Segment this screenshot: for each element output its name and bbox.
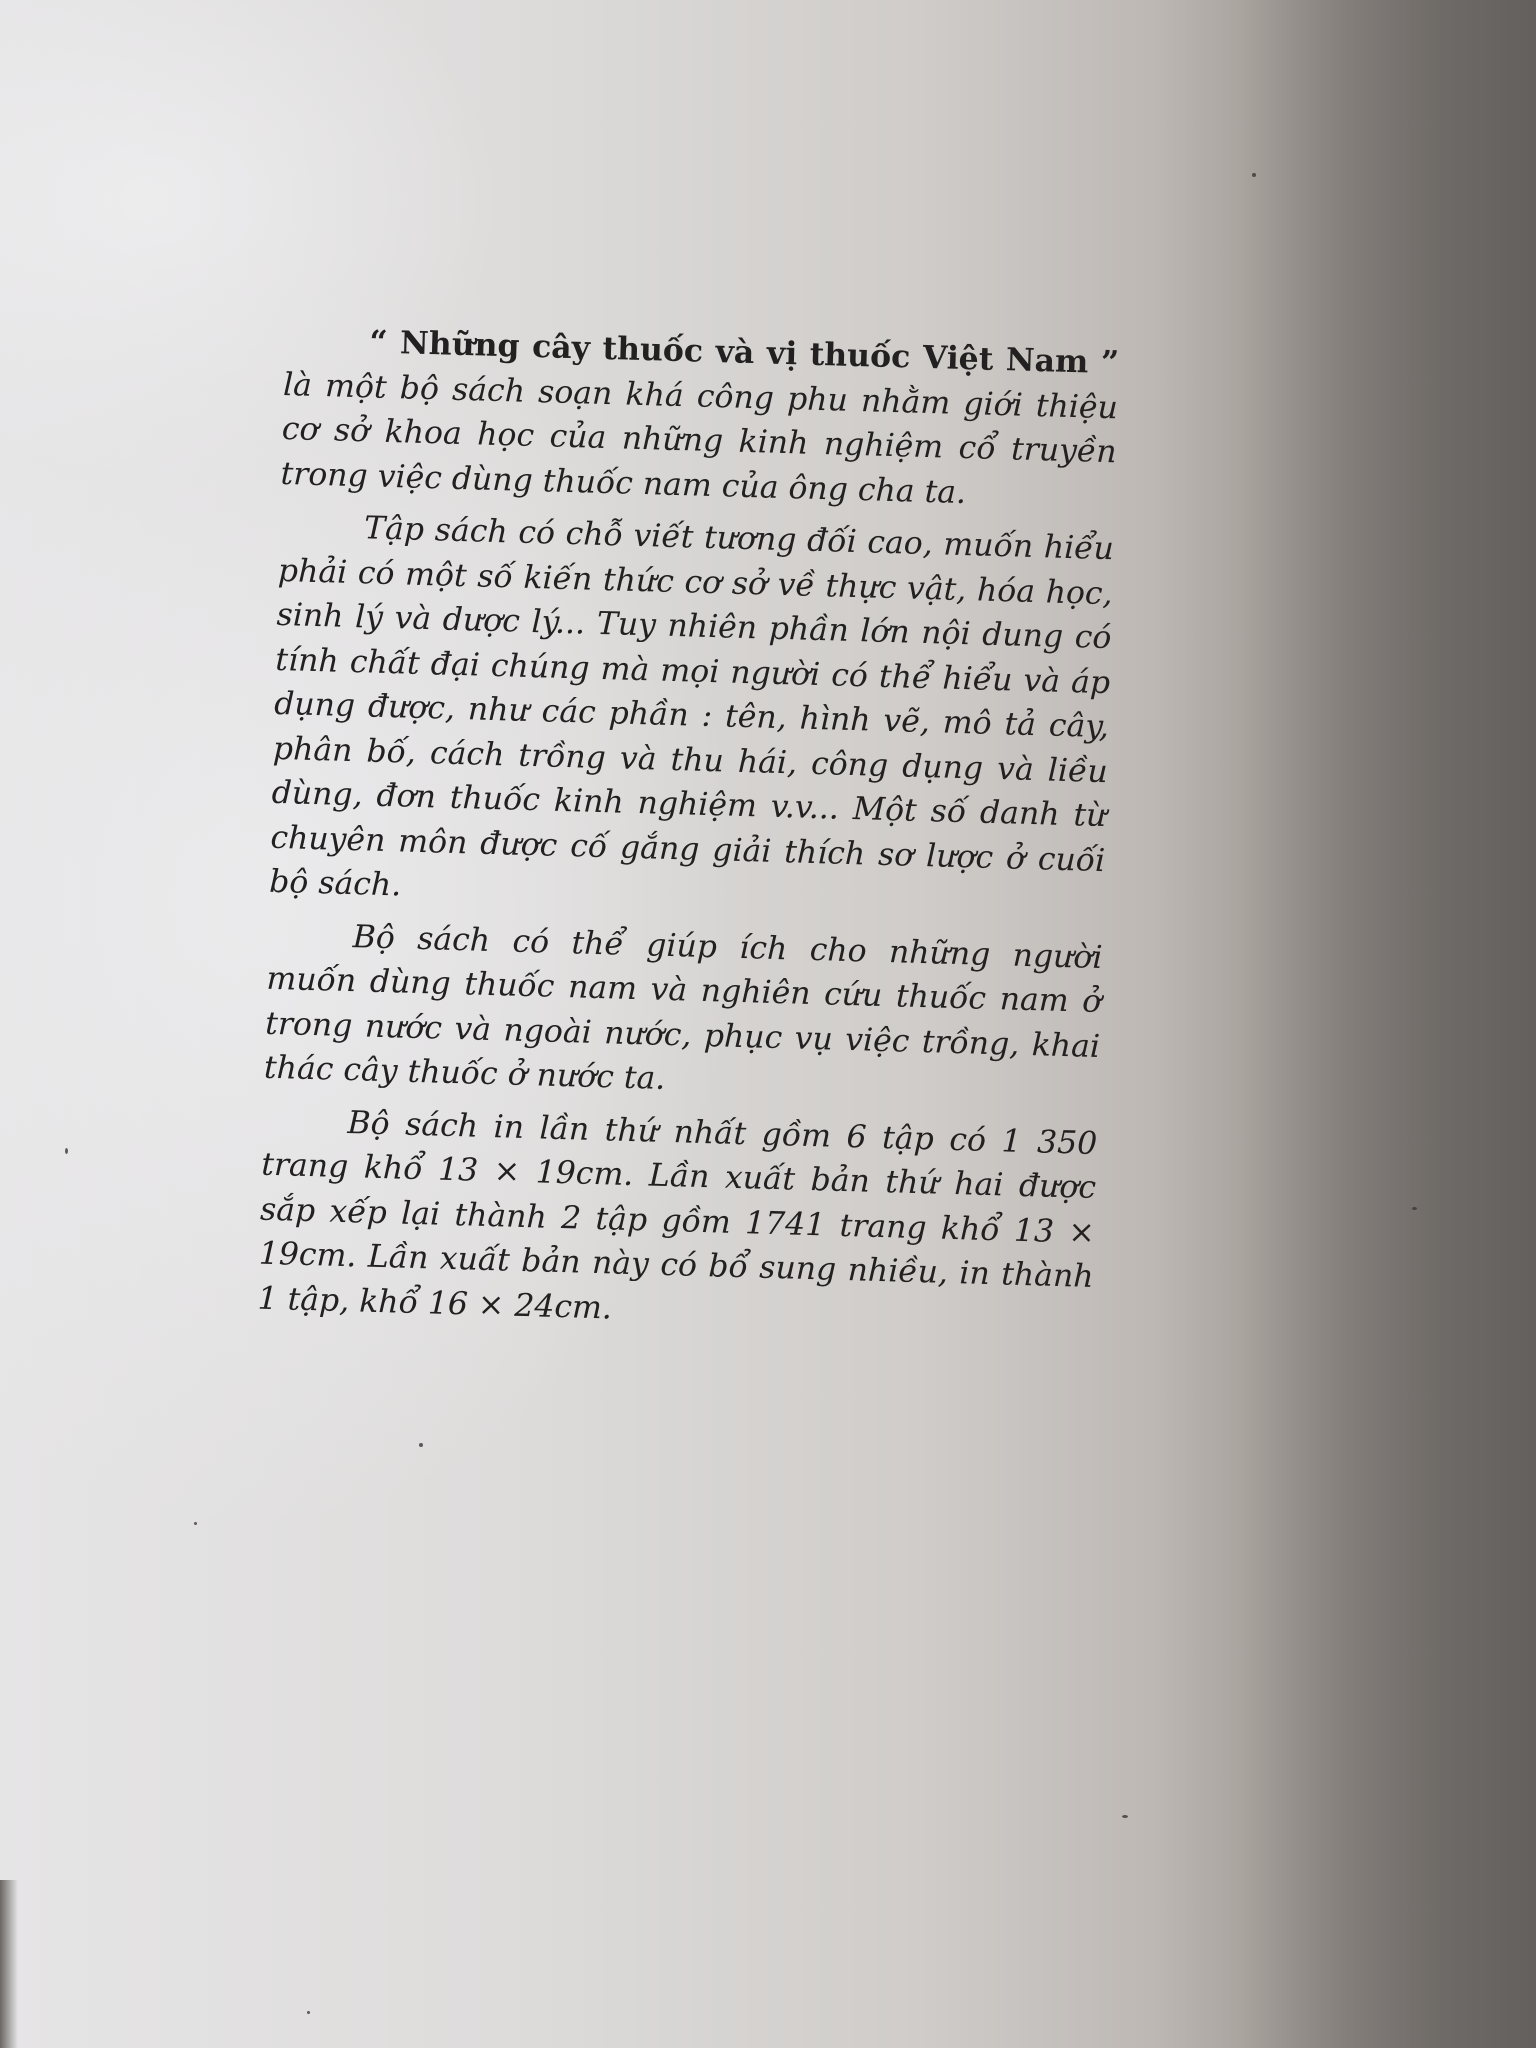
paper-speck <box>65 1148 68 1154</box>
paper-speck <box>1252 173 1256 177</box>
paragraph-text: là một bộ sách soạn khá công phu nhằm gi… <box>280 366 1118 510</box>
paper-speck <box>419 1443 423 1447</box>
preface-text: “ Những cây thuốc và vị thuốc Việt Nam ”… <box>257 318 1120 1352</box>
paragraph-text: Bộ sách in lần thứ nhất gồm 6 tập có 1 3… <box>257 1105 1098 1326</box>
paragraph-text: Bộ sách có thể giúp ích cho những người … <box>264 919 1103 1097</box>
paragraph-text: Tập sách có chỗ viết tương đối cao, muốn… <box>269 510 1115 903</box>
paper-speck <box>1122 1815 1128 1818</box>
paragraph-editions: Bộ sách in lần thứ nhất gồm 6 tập có 1 3… <box>257 1098 1098 1344</box>
left-edge-shadow <box>0 1880 18 2048</box>
paper-speck <box>307 2011 310 2014</box>
paragraph-content-level: Tập sách có chỗ viết tương đối cao, muốn… <box>269 504 1115 928</box>
paper-speck <box>1412 1207 1417 1210</box>
paragraph-usefulness: Bộ sách có thể giúp ích cho những người … <box>263 912 1103 1113</box>
paper-speck <box>194 1522 197 1525</box>
paragraph-intro: “ Những cây thuốc và vị thuốc Việt Nam ”… <box>280 318 1120 519</box>
page-edge-shadow <box>1236 0 1536 2048</box>
book-page: “ Những cây thuốc và vị thuốc Việt Nam ”… <box>0 0 1536 2048</box>
